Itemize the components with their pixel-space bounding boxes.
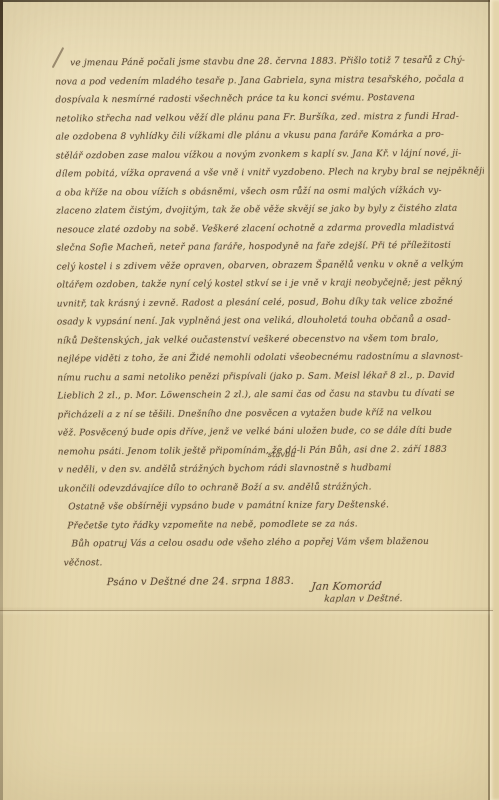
letter-line: zlaceno zlatem čistým, dvojitým, tak že … [56, 200, 484, 221]
letter-line: dílem pobitá, vížka opravená a vše vně i… [56, 163, 484, 184]
letter-line: věž. Posvěcený bude opis dříve, jenž ve … [58, 422, 486, 443]
letter-line: Bůh opatruj Vás a celou osadu ode všeho … [58, 533, 486, 554]
page-edge-top [0, 0, 499, 2]
letter-line: nejlépe viděti z toho, že ani Židé nemoh… [57, 348, 485, 369]
inserted-word: stavbu [268, 451, 296, 459]
dateline: Psáno v Deštné dne 24. srpna 1883. [59, 572, 487, 593]
letter-line: Lieblich 2 zl., p. Mor. Löwenschein 2 zl… [57, 385, 485, 406]
letter-line: osady k vypsání není. Jak vyplněná jest … [57, 311, 485, 332]
letter-body: ve jmenau Páně počali jsme stavbu dne 28… [55, 52, 487, 573]
letter-line: oltářem ozdoben, takže nyní celý kostel … [57, 274, 485, 295]
signature-block: Jan Komorád kaplan v Deštné. [309, 579, 404, 607]
scanned-letter-page: ve jmenau Páně počali jsme stavbu dne 28… [0, 0, 499, 800]
fold-crease [0, 610, 493, 611]
letter-line: věčnost. [59, 551, 487, 572]
signature-title: kaplan v Deštné. [309, 593, 403, 607]
letter-line: nova a pod vedením mladého tesaře p. Jan… [55, 70, 483, 91]
letter-line: ale ozdobena 8 vyhlídky čili vížkami dle… [56, 126, 484, 147]
letter-line: ve jmenau Páně počali jsme stavbu dne 28… [55, 52, 483, 73]
page-edge-left [0, 0, 3, 800]
letter-text: ve jmenau Páně počali jsme stavbu dne 28… [55, 52, 487, 625]
letter-line: slečna Sofie Macheň, neteř pana faráře, … [56, 237, 484, 258]
signature-name: Jan Komorád [311, 579, 405, 594]
page-edge-right-strip [490, 0, 499, 800]
